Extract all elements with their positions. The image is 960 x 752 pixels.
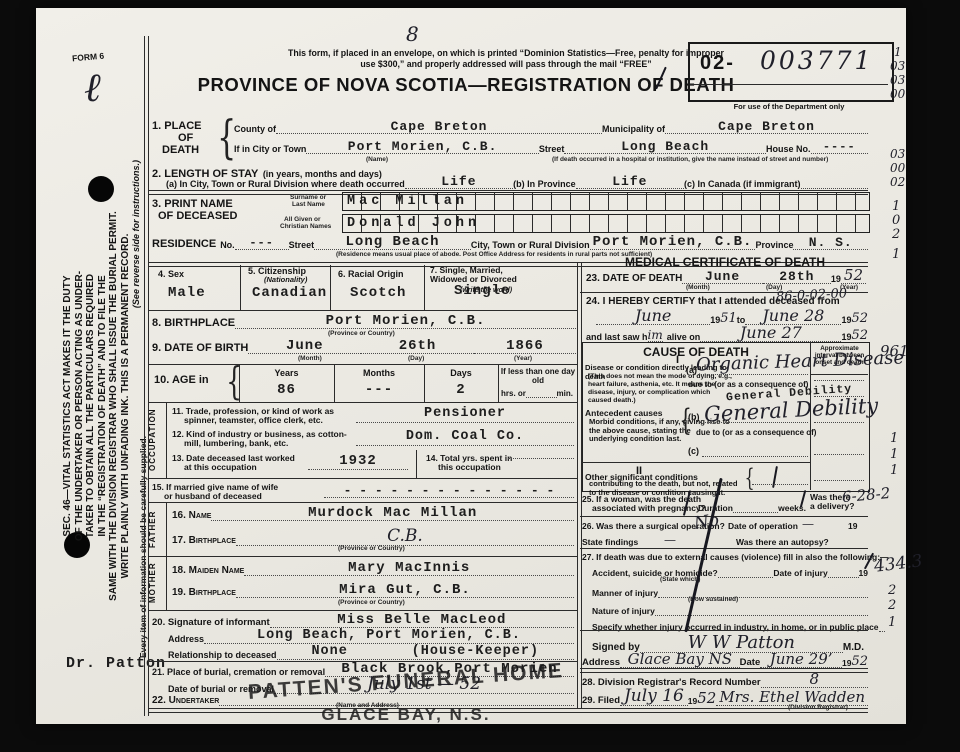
residence-street-label: Street — [289, 240, 315, 250]
margin-note: 1 — [890, 448, 898, 461]
residence-street-value: Long Beach — [314, 235, 471, 250]
mother-birthplace-value: Mira Gut, C.B. — [236, 583, 574, 598]
s27-label: 27. If death was due to external causes … — [582, 552, 889, 562]
years-value: 86 — [239, 383, 334, 397]
citizenship-value: Canadian — [252, 286, 327, 300]
sec46-line4: IN THE “REGISTRATION OF DEATH” AND TO FI… — [97, 160, 109, 652]
municipality-label: Municipality of — [602, 124, 665, 134]
cause-a-line — [698, 374, 808, 375]
surname-value: Mac Millan — [347, 195, 468, 209]
row-border — [148, 610, 577, 611]
county-value: Cape Breton — [276, 120, 602, 134]
cell-border — [240, 265, 241, 310]
cause-c-label: (c) — [688, 446, 699, 456]
manner-label: Manner of injury — [592, 588, 658, 598]
scanned-death-registration: { "header": { "envelope_line1": "This fo… — [0, 0, 960, 752]
date-of-birth-label: 9. DATE OF BIRTH — [152, 342, 248, 354]
father-birthplace-caption: (Province or Country) — [338, 545, 405, 552]
cause-due2-label: due to (or as a consequence of) — [696, 428, 816, 437]
year-caption: (Year) — [514, 355, 532, 362]
interval-line — [814, 422, 864, 423]
city-town-label: If in City or Town — [234, 144, 306, 154]
county-label: County of — [234, 124, 276, 134]
s2a-label: (a) In City, Town or Rural Division wher… — [166, 179, 405, 189]
relationship-value-1: None — [311, 645, 347, 659]
age-box-bottom — [148, 402, 577, 403]
sec46-line3: TAKER TO OBTAIN ALL THE PARTICULARS REQU… — [85, 160, 97, 652]
certify-code-note: 86-0-02-00 — [776, 287, 848, 304]
surname-caption-2: Last Name — [292, 201, 325, 208]
racial-origin-value: Scotch — [350, 286, 406, 300]
row-border — [148, 310, 577, 311]
margin-note: 1 — [890, 464, 898, 477]
filed-date-value: July 16 — [620, 688, 688, 706]
death-year-prefix: 19 — [831, 274, 841, 284]
name-caption: (Name) — [366, 156, 388, 163]
signed-address-value: Glace Bay NS — [620, 652, 740, 668]
s2c-value — [801, 177, 868, 189]
row-border — [580, 630, 868, 631]
informant-relationship-value: None (House-Keeper) — [277, 645, 574, 660]
informant-address-label: Address — [168, 634, 204, 644]
birth-day-value: 26th — [361, 339, 474, 354]
to-year-prefix: 19 — [841, 315, 851, 325]
doctor-note: Dr. Patton — [66, 656, 166, 671]
s3-label-2: OF DECEASED — [158, 210, 237, 222]
municipality-value: Cape Breton — [665, 120, 868, 134]
sidebar-legal-text: SEC. 46—VITAL STATISTICS ACT MAKES IT TH… — [62, 160, 142, 652]
margin-note: 2 — [888, 584, 896, 597]
mother-maiden-name-value: Mary MacInnis — [244, 561, 574, 576]
surname-grid: Mac Millan — [342, 192, 870, 211]
mother-border — [166, 556, 167, 610]
s12-label-2: mill, lumbering, bank, etc. — [184, 438, 288, 448]
sec46-line2: OF THE UNDERTAKER OR PERSON ACTING AS UN… — [74, 160, 86, 652]
s13-label-2: at this occupation — [184, 462, 257, 472]
min-label: min. — [557, 389, 573, 398]
sex-value: Male — [168, 286, 206, 300]
interval-header-border — [811, 374, 868, 375]
other-brace: { — [745, 466, 755, 490]
date-of-death-label: 23. DATE OF DEATH — [586, 273, 682, 284]
relationship-value-2: (House-Keeper) — [412, 645, 539, 659]
from-year-value: 51 — [720, 312, 737, 325]
margin-note: 1 — [894, 46, 902, 58]
cause-a-value: Organic Heart Disease — [696, 349, 905, 374]
hrs-value — [526, 386, 557, 398]
hrs-label: hrs. or — [501, 389, 526, 398]
pen-mark: ℓ — [84, 68, 101, 108]
last-saw-year-prefix: 19 — [841, 332, 851, 342]
cell-border — [424, 265, 425, 310]
racial-origin-label: 6. Racial Origin — [338, 269, 404, 279]
s26-value: No — [693, 512, 720, 532]
how-sustained-caption: (How sustained) — [688, 596, 738, 603]
informant-label: 20. Signature of informant — [152, 617, 270, 628]
row-border — [580, 516, 868, 517]
surname-caption-1: Surname or — [290, 194, 326, 201]
written-sheet-number: 8 — [406, 24, 419, 44]
interval-line — [814, 480, 864, 481]
residence-no-label: No. — [220, 240, 235, 250]
residence-city-value: Port Morien, C.B. — [590, 235, 756, 250]
dept-number-value: 003771 — [760, 48, 873, 73]
margin-note: 2 — [892, 228, 900, 241]
duration-value — [733, 501, 778, 513]
margin-note: 00 — [890, 162, 905, 174]
margin-note: 0 — [892, 214, 900, 227]
occupation-border — [166, 402, 167, 478]
filed-year-value: 52 — [697, 691, 716, 706]
paper-sheet: FORM 6 ℓ SEC. 46—VITAL STATISTICS ACT MA… — [36, 8, 906, 724]
row-border — [148, 502, 577, 503]
from-year-prefix: 19 — [710, 315, 720, 325]
cell-border — [330, 265, 331, 310]
age-label: 10. AGE in — [154, 374, 209, 386]
state-which-caption: (State which) — [660, 576, 700, 583]
interval-line — [814, 380, 864, 381]
given-names-grid: Donald John — [342, 214, 870, 233]
days-label: Days — [424, 368, 498, 378]
hospital-caption: (If death occurred in a hospital or inst… — [552, 156, 828, 163]
residence-province-label: Province — [755, 240, 793, 250]
s2b-value: Life — [576, 175, 684, 189]
father-birthplace-value: C.B. — [236, 528, 574, 546]
death-month-value: June — [682, 270, 763, 284]
s1-label-1: 1. PLACE — [152, 120, 202, 132]
operation-date-dash: — — [802, 518, 814, 530]
accident-value — [718, 566, 774, 578]
s13-s14-border — [416, 450, 417, 478]
mother-maiden-name-label: 18. Maiden Name — [172, 565, 244, 576]
row-border — [580, 548, 868, 549]
house-no-value: ---- — [811, 141, 868, 154]
street-label: Street — [539, 144, 565, 154]
s2a-value: Life — [405, 175, 513, 189]
interval-line — [814, 454, 864, 455]
cause-b-line — [700, 422, 808, 423]
findings-dash: — — [664, 534, 676, 546]
last-saw-him: im — [648, 329, 663, 342]
cause-c-line — [702, 456, 808, 457]
father-vertical-label: FATHER — [148, 502, 165, 556]
injury-date-label: Date of injury — [773, 568, 827, 578]
city-town-value: Port Morien, C.B. — [306, 140, 539, 154]
other-line — [752, 484, 808, 485]
margin-code-434: 434.3 — [873, 553, 923, 576]
years-label: Years — [239, 368, 334, 378]
signed-date-value: June 29’ — [760, 652, 842, 668]
specify-value — [879, 620, 885, 632]
s3-label-1: 3. PRINT NAME — [152, 198, 233, 210]
s1-label-3: DEATH — [162, 144, 199, 156]
form-left-border — [144, 36, 149, 716]
last-saw-year-value: 52 — [851, 329, 868, 342]
month-caption: (Month) — [298, 355, 322, 362]
s2c-label: (c) In Canada (if immigrant) — [684, 179, 801, 189]
s12-value: Dom. Coal Co. — [356, 430, 574, 446]
months-value: --- — [334, 383, 424, 397]
operation-year-prefix: 19 — [848, 521, 857, 531]
funeral-home-stamp-line2: GLACE BAY, N.S. — [286, 705, 526, 725]
day-caption: (Day) — [408, 355, 424, 362]
margin-note: 03 — [890, 148, 905, 160]
given-caption-1: All Given or — [284, 216, 320, 223]
margin-note: 02 — [890, 176, 905, 188]
form-number: FORM 6 — [72, 51, 105, 64]
cause-section-divider — [582, 462, 810, 463]
mother-birthplace-label: 19. Birthplace — [172, 587, 236, 598]
given-caption-2: Christian Names — [280, 223, 331, 230]
marital-value: Single — [454, 284, 510, 298]
row-border — [148, 478, 577, 479]
days-value: 2 — [424, 383, 498, 397]
row-border — [148, 556, 577, 557]
s25-label-2: associated with pregnancy? — [592, 503, 706, 513]
mother-vertical-label: MOTHER — [148, 556, 165, 610]
operation-date-label: Date of operation — [728, 521, 798, 531]
filed-year-prefix: 19 — [688, 696, 697, 706]
form-title: PROVINCE OF NOVA SCOTIA—REGISTRATION OF … — [166, 74, 766, 96]
autopsy-label: Was there an autopsy? — [736, 537, 829, 547]
margin-note: 2 — [888, 599, 896, 612]
s11-label-2: spinner, teamster, office clerk, etc. — [184, 415, 323, 425]
attended-from-value: June — [596, 308, 710, 325]
injury-date-value — [828, 566, 859, 578]
house-no-label: House No. — [766, 144, 811, 154]
margin-note: 00 — [890, 88, 905, 100]
s13-value: 1932 — [308, 454, 408, 470]
cause-b-label: (b) — [688, 412, 700, 422]
signed-year-value: 52 — [851, 655, 868, 668]
last-saw-label-2: alive on — [667, 332, 701, 342]
signed-year-prefix: 19 — [842, 658, 851, 668]
occupation-vertical-label: OCCUPATION — [148, 402, 165, 478]
margin-note: 1 — [892, 200, 900, 213]
s15-value: - - - - - - - - - - - - - - — [324, 484, 574, 498]
registrar-record-value: 8 — [761, 672, 868, 688]
s11-value: Pensioner — [356, 407, 574, 423]
dept-number-prefix: 02- — [700, 52, 735, 75]
residence-province-value: N. S. — [793, 236, 868, 250]
months-label: Months — [334, 368, 424, 378]
residence-label: RESIDENCE — [152, 238, 216, 250]
mother-birthplace-caption: (Province or Country) — [338, 599, 405, 606]
disease-caption: (This does not mean the mode of dying, e… — [588, 373, 734, 405]
injury-year-prefix: 19 — [859, 568, 868, 578]
margin-note: 1 — [892, 248, 900, 261]
to-year-value: 52 — [851, 312, 868, 325]
informant-relationship-label: Relationship to deceased — [168, 650, 277, 660]
informant-address-value: Long Beach, Port Morien, C.B. — [204, 629, 574, 644]
father-border — [166, 502, 167, 556]
death-month-caption: (Month) — [686, 284, 710, 291]
last-saw-label-1: and last saw h — [586, 332, 648, 342]
s1-label-2: OF — [178, 132, 193, 144]
sex-label: 4. Sex — [158, 269, 184, 279]
s2b-label: (b) In Province — [513, 179, 576, 189]
s14-value — [508, 458, 574, 459]
age-box-top — [148, 364, 577, 365]
dept-box-line — [690, 84, 888, 85]
signed-date-label: Date — [740, 657, 761, 668]
informant-value: Miss Belle MacLeod — [270, 613, 574, 628]
filed-label: 29. Filed — [582, 695, 620, 706]
sec46-line1: SEC. 46—VITAL STATISTICS ACT MAKES IT TH… — [62, 160, 74, 652]
residence-city-label: City, Town or Rural Division — [471, 240, 590, 250]
residence-no-value: --- — [235, 237, 289, 250]
margin-note: 03 — [890, 74, 905, 86]
birthplace-value: Port Morien, C.B. — [235, 314, 576, 329]
citizenship-caption: (Nationality) — [264, 275, 307, 284]
given-names-value: Donald John — [347, 217, 480, 231]
margin-note: 03 — [890, 60, 905, 72]
death-year-value: 52 — [841, 268, 866, 284]
sec46-line5: SAME WITH THE DIVISION REGISTRAR WHO SHA… — [108, 160, 120, 652]
dept-box-caption: For use of the Department only — [688, 102, 890, 111]
medical-certificate-header: MEDICAL CERTIFICATE OF DEATH — [582, 255, 868, 269]
nature-label: Nature of injury — [592, 606, 655, 616]
margin-note: 1 — [890, 432, 898, 445]
father-name-value: Murdock Mac Millan — [211, 506, 574, 521]
less-than-day-label: If less than one day old — [499, 367, 577, 385]
father-birthplace-label: 17. Birthplace — [172, 535, 236, 546]
margin-note: 1 — [888, 616, 896, 629]
s14-label-2: this occupation — [438, 462, 501, 472]
birth-month-value: June — [248, 339, 361, 354]
death-day-value: 28th — [763, 270, 831, 284]
father-name-label: 16. Name — [172, 510, 211, 521]
street-value: Long Beach — [564, 140, 766, 154]
sec46-line6: WRITE PLAINLY WITH UNFADING INK. THIS IS… — [120, 160, 132, 652]
birthplace-caption: (Province or Country) — [328, 330, 395, 337]
department-number-box: 02- 003771 — [688, 42, 894, 102]
margin-note-date: 6-28-2 — [841, 486, 890, 505]
findings-label: State findings — [582, 537, 638, 547]
last-saw-date-value: June 27 — [700, 325, 841, 342]
birth-year-value: 1866 — [474, 339, 576, 354]
s15-label-2: or husband of deceased — [164, 491, 262, 501]
nature-value — [655, 604, 868, 616]
birthplace-label: 8. BIRTHPLACE — [152, 317, 235, 329]
